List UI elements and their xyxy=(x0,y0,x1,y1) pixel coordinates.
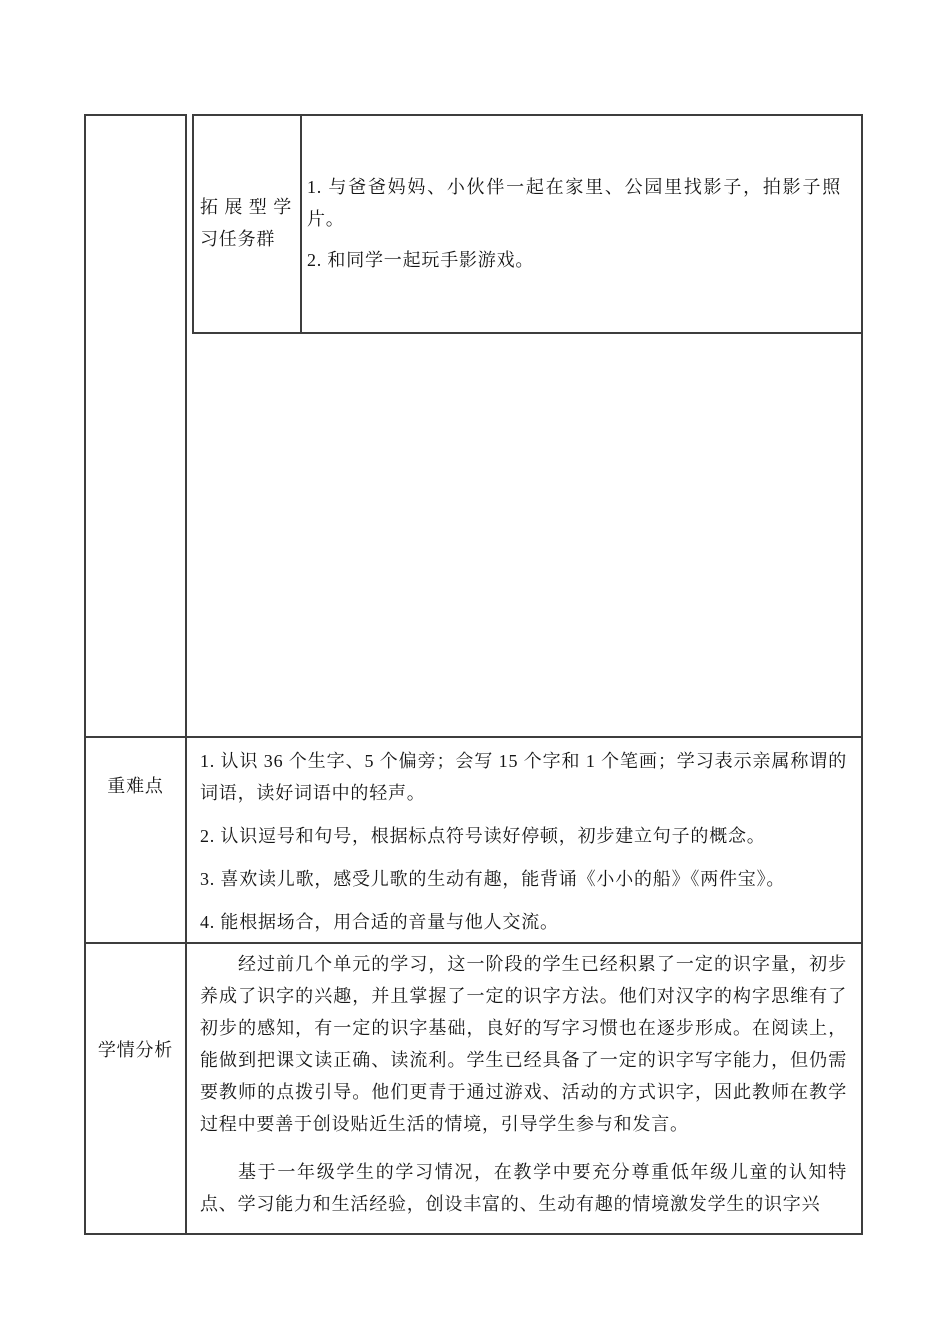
analysis-paragraph: 基于一年级学生的学习情况，在教学中要充分尊重低年级儿童的认知特点、学习能力和生活… xyxy=(200,1156,847,1220)
key-point-item: 3. 喜欢读儿歌，感受儿歌的生动有趣，能背诵《小小的船》《两件宝》。 xyxy=(200,863,847,895)
analysis-paragraph: 经过前几个单元的学习，这一阶段的学生已经积累了一定的识字量，初步养成了识字的兴趣… xyxy=(200,948,847,1140)
analysis-label-cell: 学情分析 xyxy=(86,944,185,1233)
task-group-label-cell: 拓展型学习任务群 xyxy=(194,116,298,330)
key-point-item: 1. 认识 36 个生字、5 个偏旁；会写 15 个字和 1 个笔画；学习表示亲… xyxy=(200,745,847,809)
task-group-label: 拓展型学习任务群 xyxy=(200,191,292,255)
analysis-label: 学情分析 xyxy=(98,1040,173,1060)
left-column-empty-cell xyxy=(86,116,185,736)
table-border-right xyxy=(861,114,863,1235)
key-point-item: 2. 认识逗号和句号，根据标点符号读好停顿，初步建立句子的概念。 xyxy=(200,820,847,852)
task-group-item: 1. 与爸爸妈妈、小伙伴一起在家里、公园里找影子，拍影子照片。 xyxy=(307,171,841,235)
empty-region-cell xyxy=(187,334,861,736)
key-point-item: 4. 能根据场合，用合适的音量与他人交流。 xyxy=(200,906,847,938)
key-points-content-cell: 1. 认识 36 个生字、5 个偏旁；会写 15 个字和 1 个笔画；学习表示亲… xyxy=(187,738,861,940)
task-group-content-cell: 1. 与爸爸妈妈、小伙伴一起在家里、公园里找影子，拍影子照片。 2. 和同学一起… xyxy=(302,116,859,330)
analysis-content-cell: 经过前几个单元的学习，这一阶段的学生已经积累了一定的识字量，初步养成了识字的兴趣… xyxy=(187,944,861,1233)
table-page-break-border xyxy=(84,1233,863,1235)
key-points-label: 重难点 xyxy=(107,776,163,796)
task-group-item: 2. 和同学一起玩手影游戏。 xyxy=(307,244,841,276)
key-points-label-cell: 重难点 xyxy=(86,738,185,940)
document-page: 拓展型学习任务群 1. 与爸爸妈妈、小伙伴一起在家里、公园里找影子，拍影子照片。… xyxy=(0,0,950,1344)
